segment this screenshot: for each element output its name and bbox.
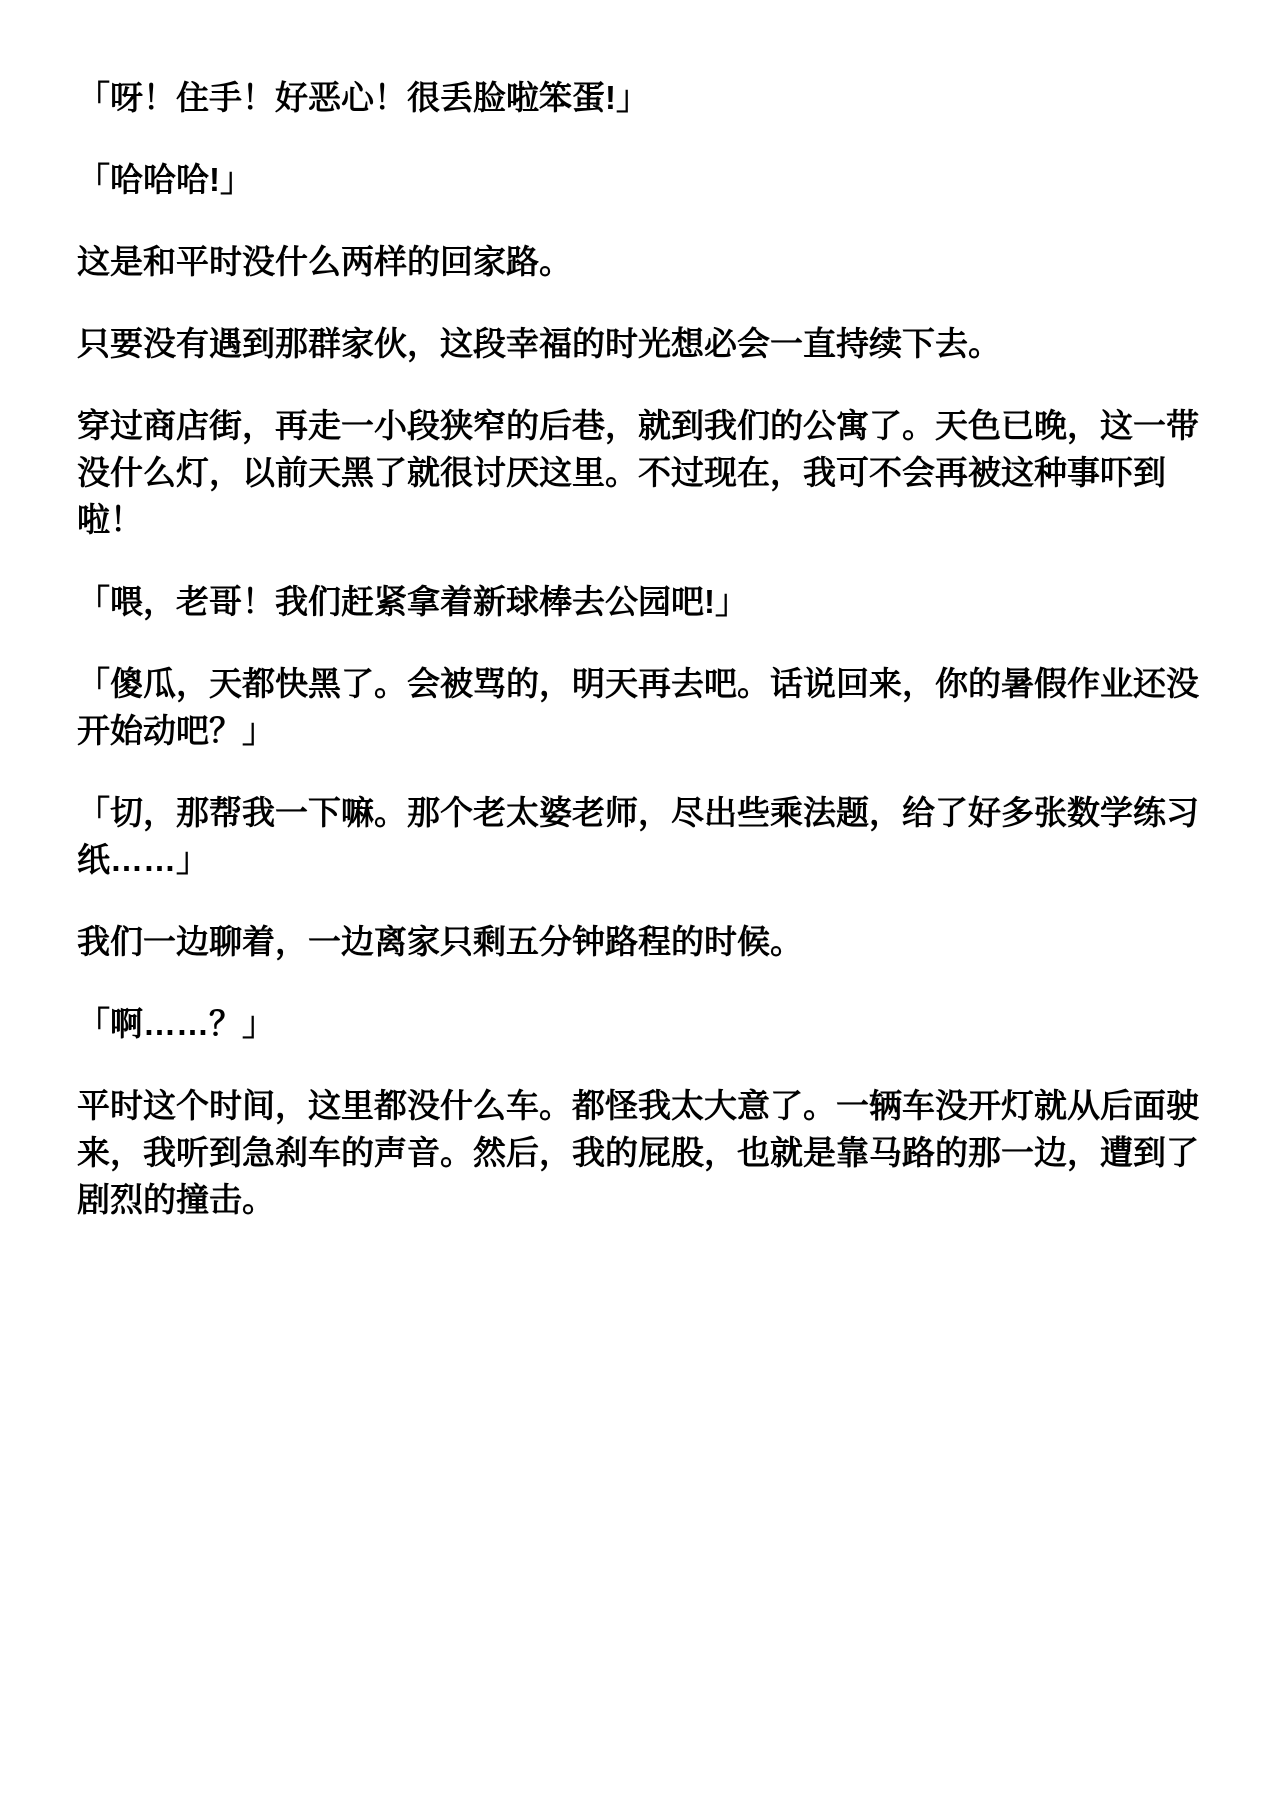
paragraph-dialogue-4: 「傻瓜，天都快黑了。会被骂的，明天再去吧。话说回来，你的暑假作业还没开始动吧？」 bbox=[77, 660, 1205, 754]
paragraph-dialogue-2: 「哈哈哈!」 bbox=[77, 156, 1205, 203]
paragraph-narration-5: 平时这个时间，这里都没什么车。都怪我太大意了。一辆车没开灯就从后面驶来，我听到急… bbox=[77, 1082, 1205, 1223]
paragraph-narration-2: 只要没有遇到那群家伙，这段幸福的时光想必会一直持续下去。 bbox=[77, 320, 1205, 367]
paragraph-narration-3: 穿过商店街，再走一小段狭窄的后巷，就到我们的公寓了。天色已晚，这一带没什么灯，以… bbox=[77, 402, 1205, 543]
paragraph-dialogue-1: 「呀！住手！好恶心！很丢脸啦笨蛋!」 bbox=[77, 74, 1205, 121]
paragraph-narration-1: 这是和平时没什么两样的回家路。 bbox=[77, 238, 1205, 285]
reader-background: { "page": { "background_color": "#ffffff… bbox=[0, 0, 1280, 1810]
paragraph-dialogue-3: 「喂，老哥！我们赶紧拿着新球棒去公园吧!」 bbox=[77, 578, 1205, 625]
novel-text-page: 「呀！住手！好恶心！很丢脸啦笨蛋!」 「哈哈哈!」 这是和平时没什么两样的回家路… bbox=[77, 74, 1205, 1258]
paragraph-narration-4: 我们一边聊着，一边离家只剩五分钟路程的时候。 bbox=[77, 918, 1205, 965]
paragraph-dialogue-5: 「切，那帮我一下嘛。那个老太婆老师，尽出些乘法题，给了好多张数学练习纸……」 bbox=[77, 789, 1205, 883]
paragraph-dialogue-6: 「啊……？」 bbox=[77, 1000, 1205, 1047]
